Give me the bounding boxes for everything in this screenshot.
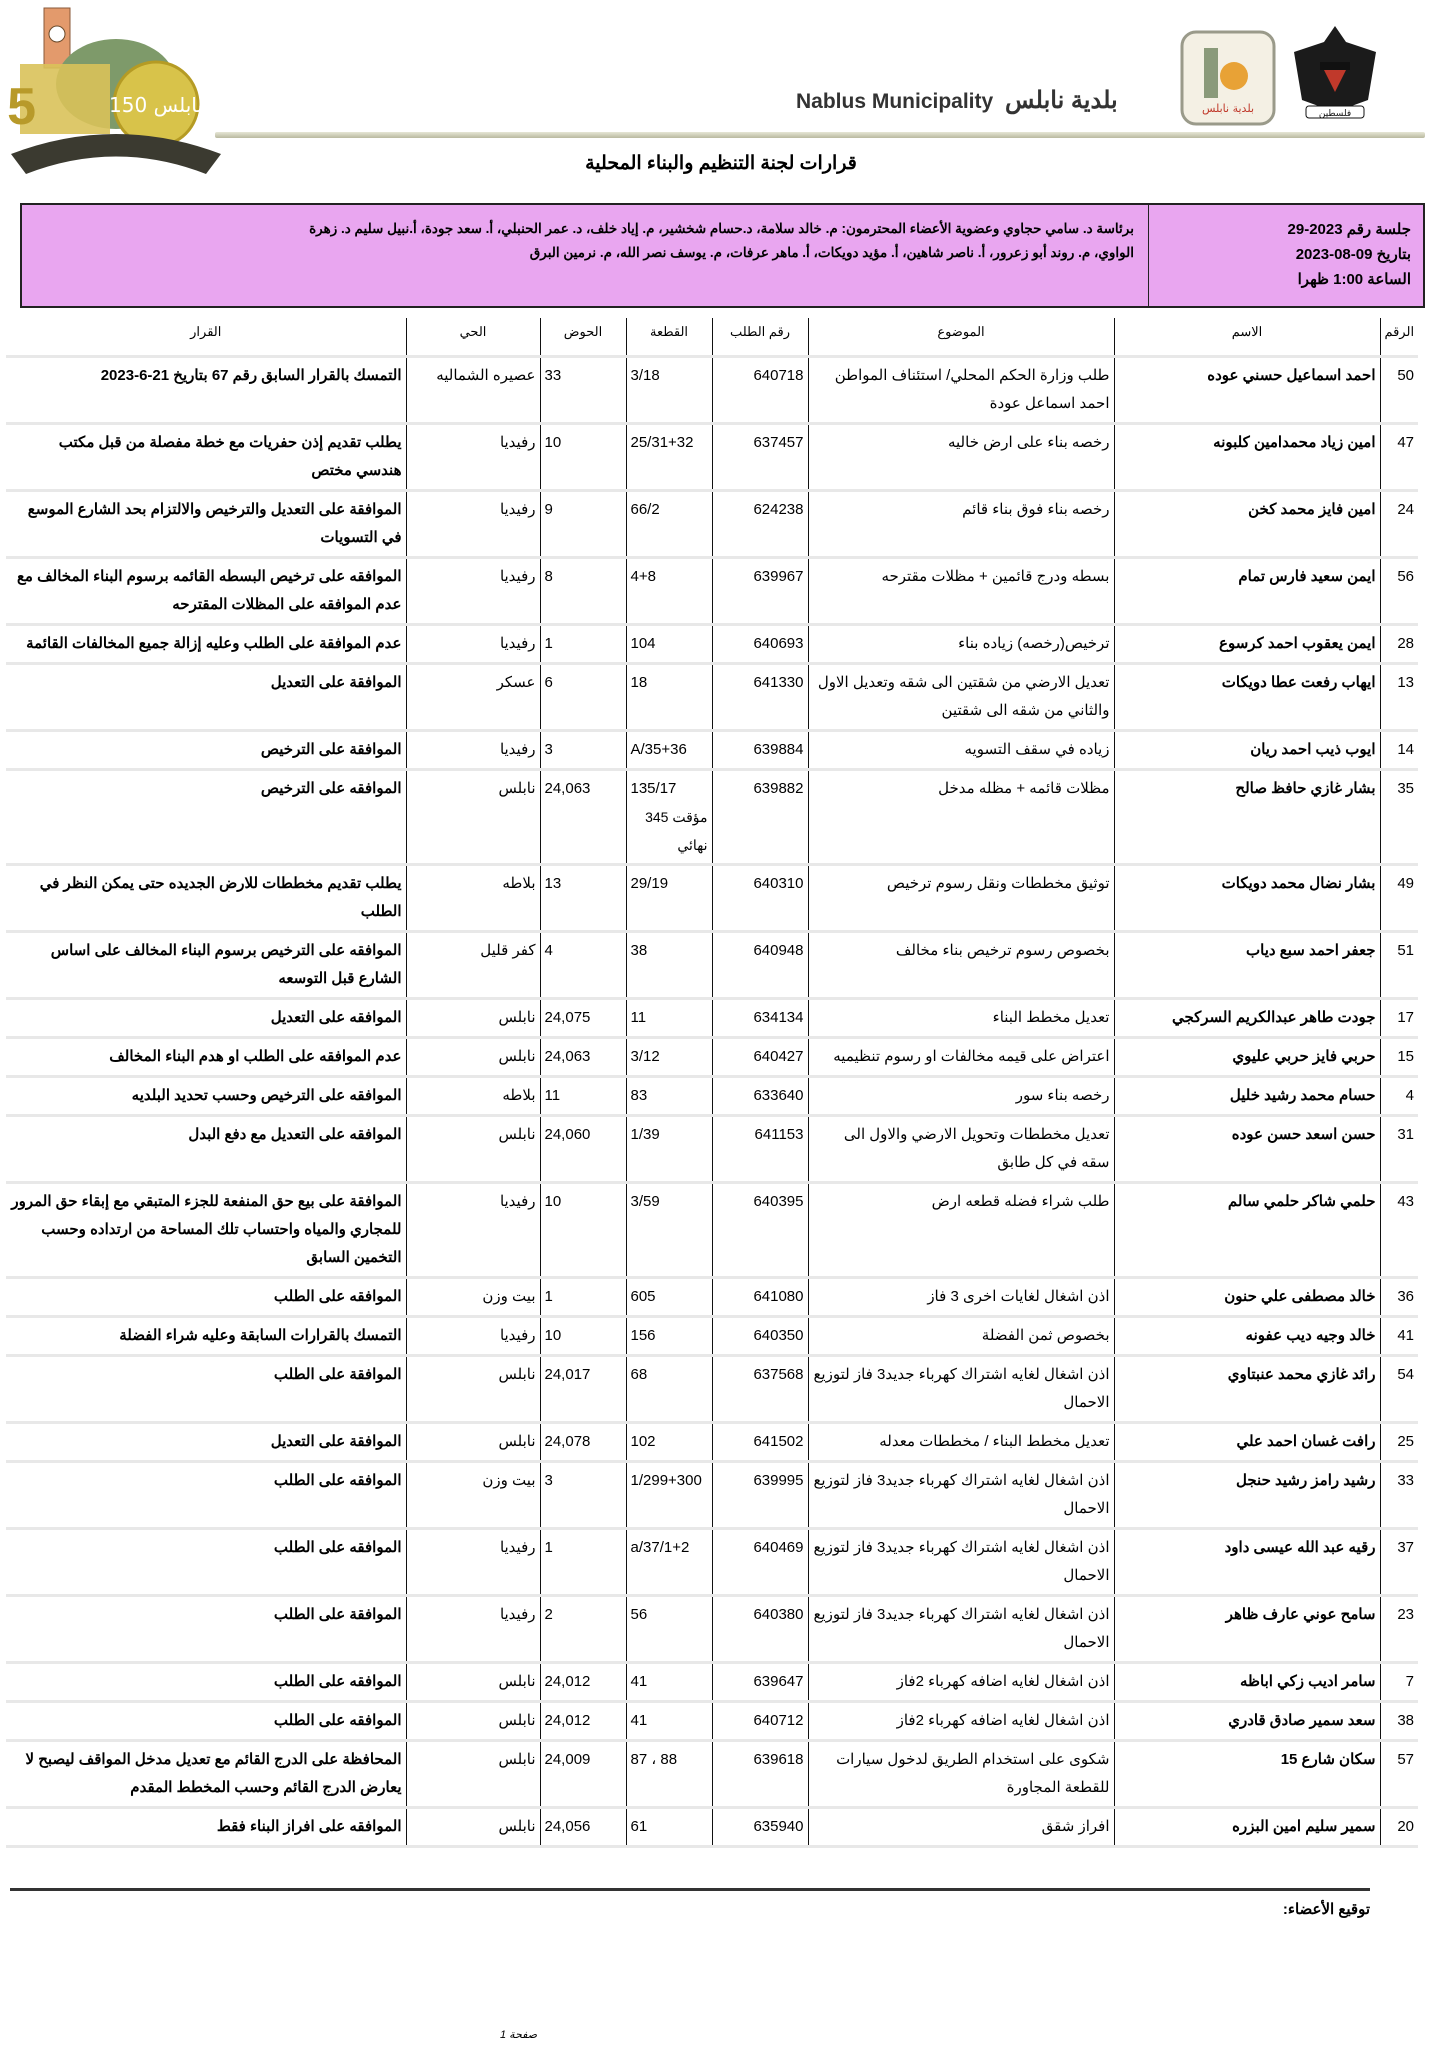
cell-number: 31 — [1380, 1116, 1418, 1183]
meeting-date: بتاريخ 09-08-2023 — [1149, 242, 1411, 267]
members-signature-label: توقيع الأعضاء: — [1283, 1900, 1370, 1918]
cell-subject: تعديل مخطط البناء — [808, 999, 1114, 1038]
cell-request-number: 633640 — [712, 1077, 808, 1116]
cell-subject: شكوى على استخدام الطريق لدخول سيارات للق… — [808, 1741, 1114, 1808]
cell-subject: اذن اشغال لغايه اشتراك كهرباء جديد3 فاز … — [808, 1529, 1114, 1596]
table-row: 15 حربي فايز حربي عليوي اعتراض على قيمه … — [6, 1038, 1418, 1077]
cell-name: حسام محمد رشيد خليل — [1114, 1077, 1380, 1116]
cell-request-number: 634134 — [712, 999, 808, 1038]
cell-name: سامح عوني عارف ظاهر — [1114, 1596, 1380, 1663]
cell-decision: الموافقه على التعديل مع دفع البدل — [6, 1116, 406, 1183]
brand-english: Nablus Municipality — [796, 90, 993, 113]
cell-subject: اذن اشغال لغايه اشتراك كهرباء جديد3 فاز … — [808, 1462, 1114, 1529]
cell-basin: 24,075 — [540, 999, 626, 1038]
cell-plot: 605 — [626, 1278, 712, 1317]
table-row: 41 خالد وجيه ديب عفونه بخصوص ثمن الفضلة … — [6, 1317, 1418, 1356]
cell-number: 43 — [1380, 1183, 1418, 1278]
cell-name: رشيد رامز رشيد حنجل — [1114, 1462, 1380, 1529]
table-row: 43 حلمي شاكر حلمي سالم طلب شراء فضله قطع… — [6, 1183, 1418, 1278]
cell-number: 25 — [1380, 1423, 1418, 1462]
cell-basin: 4 — [540, 932, 626, 999]
cell-name: بشار نضال محمد دويكات — [1114, 865, 1380, 932]
cell-district: رفيديا — [406, 1317, 540, 1356]
cell-plot: 18 — [626, 664, 712, 731]
cell-district: نابلس — [406, 999, 540, 1038]
cell-plot: 87 ، 88 — [626, 1741, 712, 1808]
table-row: 4 حسام محمد رشيد خليل رخصه بناء سور 6336… — [6, 1077, 1418, 1116]
meeting-time: الساعة 1:00 ظهرا — [1149, 267, 1411, 292]
cell-plot: 3/59 — [626, 1183, 712, 1278]
cell-district: بلاطه — [406, 865, 540, 932]
table-row: 23 سامح عوني عارف ظاهر اذن اشغال لغايه ا… — [6, 1596, 1418, 1663]
table-row: 54 رائد غازي محمد عنبتاوي اذن اشغال لغاي… — [6, 1356, 1418, 1423]
cell-decision: الموافقة على الترخيص — [6, 731, 406, 770]
cell-district: رفيديا — [406, 1183, 540, 1278]
footer-divider — [10, 1888, 1370, 1891]
cell-district: نابلس — [406, 1356, 540, 1423]
cell-plot: 66/2 — [626, 491, 712, 558]
cell-name: رافت غسان احمد علي — [1114, 1423, 1380, 1462]
cell-request-number: 640395 — [712, 1183, 808, 1278]
cell-basin: 24,017 — [540, 1356, 626, 1423]
cell-number: 23 — [1380, 1596, 1418, 1663]
cell-subject: تعديل مخطط البناء / مخططات معدله — [808, 1423, 1114, 1462]
table-row: 56 ايمن سعيد فارس تمام بسطه ودرج قائمين … — [6, 558, 1418, 625]
cell-number: 49 — [1380, 865, 1418, 932]
cell-district: رفيديا — [406, 558, 540, 625]
cell-request-number: 641080 — [712, 1278, 808, 1317]
table-row: 57 سكان شارع 15 شكوى على استخدام الطريق … — [6, 1741, 1418, 1808]
meeting-info-box: جلسة رقم 2023-29 بتاريخ 09-08-2023 الساع… — [20, 203, 1425, 308]
plot-note: مؤقت 345 نهائي — [631, 803, 708, 859]
cell-district: نابلس — [406, 1423, 540, 1462]
cell-subject: افراز شقق — [808, 1808, 1114, 1847]
cell-request-number: 641502 — [712, 1423, 808, 1462]
cell-basin: 33 — [540, 357, 626, 424]
cell-basin: 6 — [540, 664, 626, 731]
svg-text:بلدية نابلس: بلدية نابلس — [1202, 102, 1254, 115]
cell-name: رقيه عبد الله عيسى داود — [1114, 1529, 1380, 1596]
cell-request-number: 637568 — [712, 1356, 808, 1423]
cell-decision: التمسك بالقرار السابق رقم 67 بتاريخ 21-6… — [6, 357, 406, 424]
meeting-number: جلسة رقم 2023-29 — [1149, 217, 1411, 242]
cell-number: 7 — [1380, 1663, 1418, 1702]
cell-plot: 1/299+300 — [626, 1462, 712, 1529]
cell-request-number: 639995 — [712, 1462, 808, 1529]
cell-decision: يطلب تقديم مخططات للارض الجديده حتى يمكن… — [6, 865, 406, 932]
decisions-table: الرقم الاسم الموضوع رقم الطلب القطعة الح… — [6, 318, 1418, 1848]
cell-district: رفيديا — [406, 424, 540, 491]
cell-request-number: 640350 — [712, 1317, 808, 1356]
cell-subject: طلب وزارة الحكم المحلي/ استئناف المواطن … — [808, 357, 1114, 424]
cell-basin: 24,012 — [540, 1702, 626, 1741]
cell-name: ايمن سعيد فارس تمام — [1114, 558, 1380, 625]
table-row: 47 امين زياد محمدامين كلبونه رخصه بناء ع… — [6, 424, 1418, 491]
cell-number: 15 — [1380, 1038, 1418, 1077]
cell-request-number: 639967 — [712, 558, 808, 625]
cell-plot: 11 — [626, 999, 712, 1038]
members-line-2: الواوي، م. روند أبو زعرور، أ. ناصر شاهين… — [32, 241, 1134, 265]
cell-number: 41 — [1380, 1317, 1418, 1356]
table-row: 20 سمير سليم امين البزره افراز شقق 63594… — [6, 1808, 1418, 1847]
plot-value: 135/17 — [631, 780, 677, 797]
cell-plot: 68 — [626, 1356, 712, 1423]
cell-decision: عدم الموافقه على الطلب او هدم البناء الم… — [6, 1038, 406, 1077]
cell-district: رفيديا — [406, 625, 540, 664]
column-header-decision: القرار — [6, 318, 406, 357]
cell-decision: الموافقه على الطلب — [6, 1529, 406, 1596]
cell-request-number: 641330 — [712, 664, 808, 731]
members-line-1: برئاسة د. سامي حجاوي وعضوية الأعضاء المح… — [32, 217, 1134, 241]
cell-plot: 61 — [626, 1808, 712, 1847]
palestine-emblem-icon: فلسطين — [1288, 22, 1382, 122]
table-row: 49 بشار نضال محمد دويكات توثيق مخططات ون… — [6, 865, 1418, 932]
cell-plot: 41 — [626, 1702, 712, 1741]
cell-subject: بخصوص رسوم ترخيص بناء مخالف — [808, 932, 1114, 999]
cell-plot: 102 — [626, 1423, 712, 1462]
cell-request-number: 640718 — [712, 357, 808, 424]
table-row: 13 ايهاب رفعت عطا دويكات تعديل الارضي من… — [6, 664, 1418, 731]
cell-district: نابلس — [406, 1741, 540, 1808]
cell-basin: 8 — [540, 558, 626, 625]
cell-name: احمد اسماعيل حسني عوده — [1114, 357, 1380, 424]
cell-plot: 104 — [626, 625, 712, 664]
cell-name: ايهاب رفعت عطا دويكات — [1114, 664, 1380, 731]
cell-subject: بخصوص ثمن الفضلة — [808, 1317, 1114, 1356]
svg-text:فلسطين: فلسطين — [1319, 109, 1351, 119]
cell-number: 47 — [1380, 424, 1418, 491]
cell-district: عسكر — [406, 664, 540, 731]
cell-number: 51 — [1380, 932, 1418, 999]
cell-district: نابلس — [406, 770, 540, 865]
cell-subject: تعديل الارضي من شقتين الى شقه وتعديل الا… — [808, 664, 1114, 731]
cell-decision: الموافقه على ترخيص البسطه القائمه برسوم … — [6, 558, 406, 625]
table-row: 33 رشيد رامز رشيد حنجل اذن اشغال لغايه ا… — [6, 1462, 1418, 1529]
cell-subject: اذن اشغال لغايه اشتراك كهرباء جديد3 فاز … — [808, 1596, 1114, 1663]
cell-plot: 83 — [626, 1077, 712, 1116]
cell-basin: 10 — [540, 424, 626, 491]
cell-district: رفيديا — [406, 1529, 540, 1596]
cell-subject: طلب شراء فضله قطعه ارض — [808, 1183, 1114, 1278]
cell-name: سامر اديب زكي اباظه — [1114, 1663, 1380, 1702]
cell-basin: 10 — [540, 1317, 626, 1356]
cell-number: 38 — [1380, 1702, 1418, 1741]
cell-basin: 24,063 — [540, 770, 626, 865]
cell-plot: 41 — [626, 1663, 712, 1702]
cell-name: حسن اسعد حسن عوده — [1114, 1116, 1380, 1183]
cell-district: رفيديا — [406, 491, 540, 558]
cell-decision: التمسك بالقرارات السابقة وعليه شراء الفض… — [6, 1317, 406, 1356]
cell-district: نابلس — [406, 1038, 540, 1077]
cell-district: عصيره الشماليه — [406, 357, 540, 424]
cell-number: 4 — [1380, 1077, 1418, 1116]
municipality-brand: Nablus Municipality بلدية نابلس — [796, 86, 1176, 120]
cell-number: 14 — [1380, 731, 1418, 770]
cell-number: 54 — [1380, 1356, 1418, 1423]
cell-decision: الموافقه على الطلب — [6, 1462, 406, 1529]
cell-number: 35 — [1380, 770, 1418, 865]
meeting-details: جلسة رقم 2023-29 بتاريخ 09-08-2023 الساع… — [1148, 205, 1423, 306]
cell-basin: 11 — [540, 1077, 626, 1116]
cell-plot: a/37/1+2 — [626, 1529, 712, 1596]
cell-basin: 9 — [540, 491, 626, 558]
cell-number: 56 — [1380, 558, 1418, 625]
cell-decision: الموافقه على الطلب — [6, 1278, 406, 1317]
cell-district: نابلس — [406, 1116, 540, 1183]
cell-request-number: 635940 — [712, 1808, 808, 1847]
cell-name: خالد مصطفى علي حنون — [1114, 1278, 1380, 1317]
cell-decision: الموافقة على التعديل — [6, 1423, 406, 1462]
cell-decision: الموافقه على الترخيص وحسب تحديد البلديه — [6, 1077, 406, 1116]
cell-plot: 4+8 — [626, 558, 712, 625]
cell-district: بيت وزن — [406, 1278, 540, 1317]
table-row: 50 احمد اسماعيل حسني عوده طلب وزارة الحك… — [6, 357, 1418, 424]
meeting-members: برئاسة د. سامي حجاوي وعضوية الأعضاء المح… — [22, 205, 1148, 306]
cell-subject: رخصه بناء فوق بناء قائم — [808, 491, 1114, 558]
cell-decision: الموافقه على الترخيص برسوم البناء المخال… — [6, 932, 406, 999]
cell-request-number: 640469 — [712, 1529, 808, 1596]
cell-decision: الموافقة على الطلب — [6, 1596, 406, 1663]
cell-subject: رخصه بناء على ارض خاليه — [808, 424, 1114, 491]
table-row: 35 بشار غازي حافظ صالح مظلات قائمه + مظل… — [6, 770, 1418, 865]
cell-name: سعد سمير صادق قادري — [1114, 1702, 1380, 1741]
cell-subject: تعديل مخططات وتحويل الارضي والاول الى سق… — [808, 1116, 1114, 1183]
column-header-basin: الحوض — [540, 318, 626, 357]
cell-subject: زياده في سقف التسويه — [808, 731, 1114, 770]
cell-decision: الموافقة على التعديل والترخيص والالتزام … — [6, 491, 406, 558]
cell-decision: الموافقه على التعديل — [6, 999, 406, 1038]
cell-subject: اذن اشغال لغايه اضافه كهرباء 2فاز — [808, 1663, 1114, 1702]
cell-plot: 156 — [626, 1317, 712, 1356]
cell-request-number: 639884 — [712, 731, 808, 770]
cell-basin: 3 — [540, 1462, 626, 1529]
cell-request-number: 640712 — [712, 1702, 808, 1741]
cell-subject: توثيق مخططات ونقل رسوم ترخيص — [808, 865, 1114, 932]
header-divider — [215, 132, 1425, 138]
cell-basin: 24,063 — [540, 1038, 626, 1077]
cell-plot: 3/12 — [626, 1038, 712, 1077]
cell-district: كفر قليل — [406, 932, 540, 999]
column-header-request-number: رقم الطلب — [712, 318, 808, 357]
cell-plot: 135/17مؤقت 345 نهائي — [626, 770, 712, 865]
table-body: 50 احمد اسماعيل حسني عوده طلب وزارة الحك… — [6, 357, 1418, 1847]
cell-plot: 3/18 — [626, 357, 712, 424]
table-row: 24 امين فايز محمد كخن رخصه بناء فوق بناء… — [6, 491, 1418, 558]
page-title: قرارات لجنة التنظيم والبناء المحلية — [0, 152, 1442, 175]
cell-district: نابلس — [406, 1663, 540, 1702]
cell-subject: اعتراض على قيمه مخالفات او رسوم تنظيميه — [808, 1038, 1114, 1077]
table-row: 25 رافت غسان احمد علي تعديل مخطط البناء … — [6, 1423, 1418, 1462]
cell-district: بلاطه — [406, 1077, 540, 1116]
cell-decision: الموافقه على الطلب — [6, 1702, 406, 1741]
cell-request-number: 640310 — [712, 865, 808, 932]
cell-number: 20 — [1380, 1808, 1418, 1847]
column-header-subject: الموضوع — [808, 318, 1114, 357]
cell-basin: 1 — [540, 1529, 626, 1596]
cell-basin: 24,012 — [540, 1663, 626, 1702]
cell-basin: 24,060 — [540, 1116, 626, 1183]
cell-district: رفيديا — [406, 731, 540, 770]
brand-arabic: بلدية نابلس — [1005, 87, 1118, 114]
cell-decision: الموافقة على بيع حق المنفعة للجزء المتبق… — [6, 1183, 406, 1278]
cell-plot: 38 — [626, 932, 712, 999]
cell-basin: 3 — [540, 731, 626, 770]
table-row: 7 سامر اديب زكي اباظه اذن اشغال لغايه اض… — [6, 1663, 1418, 1702]
cell-name: سمير سليم امين البزره — [1114, 1808, 1380, 1847]
cell-plot: A/35+36 — [626, 731, 712, 770]
cell-number: 28 — [1380, 625, 1418, 664]
cell-request-number: 640427 — [712, 1038, 808, 1077]
cell-basin: 2 — [540, 1596, 626, 1663]
cell-name: بشار غازي حافظ صالح — [1114, 770, 1380, 865]
cell-number: 13 — [1380, 664, 1418, 731]
cell-subject: اذن اشغال لغايه اضافه كهرباء 2فاز — [808, 1702, 1114, 1741]
cell-plot: 56 — [626, 1596, 712, 1663]
column-header-plot: القطعة — [626, 318, 712, 357]
cell-name: امين زياد محمدامين كلبونه — [1114, 424, 1380, 491]
cell-request-number: 637457 — [712, 424, 808, 491]
cell-basin: 24,078 — [540, 1423, 626, 1462]
cell-name: جعفر احمد سبع دياب — [1114, 932, 1380, 999]
cell-basin: 13 — [540, 865, 626, 932]
cell-decision: المحافظة على الدرج القائم مع تعديل مدخل … — [6, 1741, 406, 1808]
table-row: 37 رقيه عبد الله عيسى داود اذن اشغال لغا… — [6, 1529, 1418, 1596]
cell-request-number: 640693 — [712, 625, 808, 664]
column-header-district: الحي — [406, 318, 540, 357]
cell-subject: ترخيص(رخصه) زياده بناء — [808, 625, 1114, 664]
cell-name: حربي فايز حربي عليوي — [1114, 1038, 1380, 1077]
page-number: صفحة 1 — [500, 2028, 537, 2041]
cell-number: 24 — [1380, 491, 1418, 558]
table-row: 38 سعد سمير صادق قادري اذن اشغال لغايه ا… — [6, 1702, 1418, 1741]
table-row: 51 جعفر احمد سبع دياب بخصوص رسوم ترخيص ب… — [6, 932, 1418, 999]
cell-decision: عدم الموافقة على الطلب وعليه إزالة جميع … — [6, 625, 406, 664]
cell-request-number: 624238 — [712, 491, 808, 558]
table-row: 36 خالد مصطفى علي حنون اذن اشغال لغايات … — [6, 1278, 1418, 1317]
cell-decision: الموافقة على الطلب — [6, 1356, 406, 1423]
cell-decision: الموافقة على التعديل — [6, 664, 406, 731]
table-row: 31 حسن اسعد حسن عوده تعديل مخططات وتحويل… — [6, 1116, 1418, 1183]
cell-plot: 25/31+32 — [626, 424, 712, 491]
cell-basin: 1 — [540, 625, 626, 664]
cell-name: حلمي شاكر حلمي سالم — [1114, 1183, 1380, 1278]
cell-decision: الموافقه على الطلب — [6, 1663, 406, 1702]
table-header-row: الرقم الاسم الموضوع رقم الطلب القطعة الح… — [6, 318, 1418, 357]
cell-name: خالد وجيه ديب عفونه — [1114, 1317, 1380, 1356]
table-row: 28 ايمن يعقوب احمد كرسوع ترخيص(رخصه) زيا… — [6, 625, 1418, 664]
column-header-name: الاسم — [1114, 318, 1380, 357]
cell-name: رائد غازي محمد عنبتاوي — [1114, 1356, 1380, 1423]
cell-name: سكان شارع 15 — [1114, 1741, 1380, 1808]
cell-district: بيت وزن — [406, 1462, 540, 1529]
cell-number: 57 — [1380, 1741, 1418, 1808]
cell-name: جودت طاهر عبدالكريم السركجي — [1114, 999, 1380, 1038]
cell-basin: 24,009 — [540, 1741, 626, 1808]
cell-request-number: 641153 — [712, 1116, 808, 1183]
cell-number: 37 — [1380, 1529, 1418, 1596]
cell-subject: اذن اشغال لغايات اخرى 3 فاز — [808, 1278, 1114, 1317]
cell-basin: 1 — [540, 1278, 626, 1317]
cell-subject: بسطه ودرج قائمين + مظلات مقترحه — [808, 558, 1114, 625]
cell-number: 50 — [1380, 357, 1418, 424]
cell-district: نابلس — [406, 1808, 540, 1847]
cell-subject: رخصه بناء سور — [808, 1077, 1114, 1116]
cell-name: ايمن يعقوب احمد كرسوع — [1114, 625, 1380, 664]
cell-request-number: 640948 — [712, 932, 808, 999]
table-row: 17 جودت طاهر عبدالكريم السركجي تعديل مخط… — [6, 999, 1418, 1038]
cell-request-number: 639647 — [712, 1663, 808, 1702]
cell-number: 36 — [1380, 1278, 1418, 1317]
svg-text:15: 15 — [6, 78, 36, 136]
cell-subject: اذن اشغال لغايه اشتراك كهرباء جديد3 فاز … — [808, 1356, 1114, 1423]
cell-number: 17 — [1380, 999, 1418, 1038]
cell-subject: مظلات قائمه + مظله مدخل — [808, 770, 1114, 865]
cell-request-number: 639882 — [712, 770, 808, 865]
cell-district: رفيديا — [406, 1596, 540, 1663]
cell-request-number: 640380 — [712, 1596, 808, 1663]
cell-decision: يطلب تقديم إذن حفريات مع خطة مفصلة من قب… — [6, 424, 406, 491]
svg-text:نابلس 150: نابلس 150 — [109, 93, 203, 117]
cell-decision: الموافقه على الترخيص — [6, 770, 406, 865]
cell-request-number: 639618 — [712, 1741, 808, 1808]
column-header-number: الرقم — [1380, 318, 1418, 357]
cell-plot: 29/19 — [626, 865, 712, 932]
cell-district: نابلس — [406, 1702, 540, 1741]
cell-plot: 1/39 — [626, 1116, 712, 1183]
cell-name: ايوب ذيب احمد ريان — [1114, 731, 1380, 770]
cell-basin: 10 — [540, 1183, 626, 1278]
cell-basin: 24,056 — [540, 1808, 626, 1847]
cell-number: 33 — [1380, 1462, 1418, 1529]
cell-decision: الموافقه على افراز البناء فقط — [6, 1808, 406, 1847]
cell-name: امين فايز محمد كخن — [1114, 491, 1380, 558]
municipality-seal-icon: بلدية نابلس — [1176, 26, 1280, 130]
table-row: 14 ايوب ذيب احمد ريان زياده في سقف التسو… — [6, 731, 1418, 770]
